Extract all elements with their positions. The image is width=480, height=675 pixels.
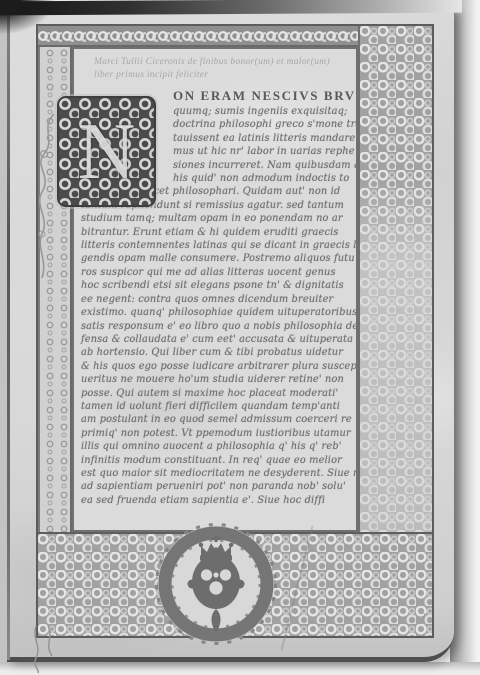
text-line: hoc scribendi etsi sit elegans psone tn'… <box>81 279 350 292</box>
text-line: ea sed fruenda etiam sapientia e'. Siue … <box>81 494 350 507</box>
incipit-capitals: ON ERAM NESCIVS BRVTE <box>173 88 350 104</box>
text-line: ueritus ne mouere ho'um studia uiderer r… <box>81 373 350 386</box>
text-line: bitrantur. Erunt etiam & hi quidem erudi… <box>81 226 350 239</box>
text-line: mus ut hic nr' labor in uarias rephe <box>173 145 350 158</box>
text-line: est quo maior sit mediocritatem ne desyd… <box>81 467 350 480</box>
text-line: ee negent: contra quos omnes dicendum br… <box>81 293 350 306</box>
text-line: ab hortensio. Qui liber cum & tibi proba… <box>81 346 350 359</box>
illuminated-initial: N <box>57 96 156 207</box>
text-line: infinitis modum constituant. In req' qua… <box>81 454 350 467</box>
rubric-line: Marci Tullii Ciceronis de finibus bonor(… <box>94 56 350 69</box>
text-line: his quid' non admodum indoctis to <box>173 172 350 185</box>
table-surface <box>0 662 480 675</box>
text-line: siones incurreret. Nam quibusdam & <box>173 159 350 172</box>
text-line: primiq' non potest. Vt ppemodum iustiori… <box>81 427 350 440</box>
text-line: tauissent ea latinis litteris mandare <box>173 132 350 145</box>
penwork-flourish-icon <box>28 626 62 674</box>
penwork-flourish-icon <box>30 110 60 290</box>
right-vine-border <box>358 26 432 532</box>
text-line: studium tamq; multam opam in eo ponendam… <box>81 212 350 225</box>
text-line: ad sapientiam perueniri pot' non paranda… <box>81 480 350 493</box>
text-line: & his quos ego posse iudicare arbitrarer… <box>81 360 350 373</box>
text-line: illis qui omnino auocent a philosophia q… <box>81 440 350 453</box>
gutter-line <box>7 12 10 660</box>
text-line: doctrina philosophi greco s'mone trac <box>173 118 350 131</box>
wreath-medallion <box>147 512 285 654</box>
text-line: litteris contemnentes latinas qui se dic… <box>81 239 350 252</box>
text-line: satis responsum e' eo libro quo a nobis … <box>81 320 350 333</box>
text-line: gendis opam malle consumere. Postremo al… <box>81 252 350 265</box>
text-line: posse. Qui autem si maxime hoc placeat m… <box>81 387 350 400</box>
page-edge-shadow <box>450 0 480 675</box>
spine-edge <box>0 10 7 662</box>
text-line: tamen id uolunt fieri difficilem quandam… <box>81 400 350 413</box>
manuscript-photo: { "manuscript": { "rubric_line1": "Marci… <box>0 0 480 675</box>
folio-number: 3 <box>420 611 426 623</box>
top-knotwork-border <box>38 26 358 47</box>
spine-corner-shadow <box>0 0 54 34</box>
text-line: quumq; sumis ingeniis exquisitaq; <box>173 105 350 118</box>
rubric-line: liber primus incipit feliciter <box>94 69 350 82</box>
initial-letter-N: N <box>78 112 136 192</box>
text-line: ros suspicor qui me ad alias litteras uo… <box>81 266 350 279</box>
text-line: fensa & collaudata e' cum eet' accusata … <box>81 333 350 346</box>
text-line: existimo. quanq' philosophiae quidem uit… <box>81 306 350 319</box>
text-line: am postulant in eo quod semel admissum c… <box>81 413 350 426</box>
